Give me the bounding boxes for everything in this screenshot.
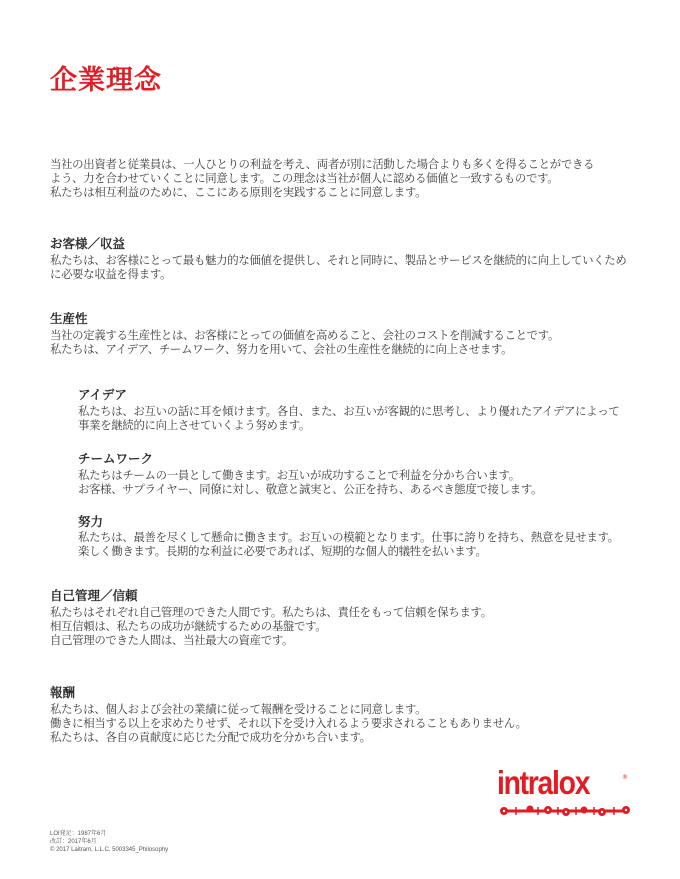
intro-line: よう、力を合わせていくことに同意します。この理念は当社が個人に認める価値と一致す… (50, 171, 594, 185)
body-line: 楽しく働きます。長期的な利益に必要であれば、短期的な個人的犠牲を払います。 (78, 544, 619, 558)
body-line: 働きに相当する以上を求めたりせず、それ以下を受け入れるよう要求されることもありま… (50, 716, 527, 730)
body-line: 私たちは、お互いの話に耳を傾けます。各自、また、お互いが客観的に思考し、より優れ… (78, 404, 620, 418)
section-heading-self-management-trust: 自己管理／信頼 (50, 586, 138, 604)
section-heading-teamwork: チームワーク (78, 449, 153, 467)
section-heading-customers-revenue: お客様／収益 (50, 234, 125, 252)
body-line: 私たちはチームの一員として働きます。お互いが成功することで利益を分かち合います。 (78, 468, 542, 482)
body-line: お客様、サプライヤー、同僚に対し、敬意と誠実と、公正を持ち、あるべき態度で接しま… (78, 482, 542, 496)
body-line: 私たちは、各自の貢献度に応じた分配で成功を分かち合います。 (50, 730, 527, 744)
intralox-logo: intralox ® (497, 770, 637, 820)
section-body-ideas: 私たちは、お互いの話に耳を傾けます。各自、また、お互いが客観的に思考し、より優れ… (78, 404, 620, 432)
intro-paragraph: 当社の出資者と従業員は、一人ひとりの利益を考え、両者が別に活動した場合よりも多く… (50, 157, 594, 200)
registered-mark: ® (622, 774, 628, 781)
body-line: 私たちは、最善を尽くして懸命に働きます。お互いの模範となります。仕事に誇りを持ち… (78, 530, 619, 544)
body-line: 自己管理のできた人間は、当社最大の資産です。 (50, 633, 492, 647)
body-line: 私たちはそれぞれ自己管理のできた人間です。私たちは、責任をもって信頼を保ちます。 (50, 605, 492, 619)
section-body-teamwork: 私たちはチームの一員として働きます。お互いが成功することで利益を分かち合います。… (78, 468, 542, 496)
section-body-customers-revenue: 私たちは、お客様にとって最も魅力的な価値を提供し、それと同時に、製品とサービスを… (50, 253, 627, 281)
logo-wordmark: intralox (497, 764, 589, 802)
intro-line: 当社の出資者と従業員は、一人ひとりの利益を考え、両者が別に活動した場合よりも多く… (50, 157, 594, 171)
body-line: 私たちは、個人および会社の業績に従って報酬を受けることに同意します。 (50, 702, 527, 716)
conveyor-chain-icon (500, 805, 632, 817)
section-heading-productivity: 生産性 (50, 309, 88, 327)
section-heading-ideas: アイデア (78, 385, 127, 403)
section-body-productivity: 当社の定義する生産性とは、お客様にとっての価値を高めること、会社のコストを削減す… (50, 328, 559, 356)
section-body-compensation: 私たちは、個人および会社の業績に従って報酬を受けることに同意します。 働きに相当… (50, 702, 527, 745)
footer-revised: 改訂：2017年6月 (50, 838, 168, 846)
body-line: 相互信頼は、私たちの成功が継続するための基盤です。 (50, 619, 492, 633)
section-body-self-management-trust: 私たちはそれぞれ自己管理のできた人間です。私たちは、責任をもって信頼を保ちます。… (50, 605, 492, 648)
page-title: 企業理念 (50, 58, 162, 97)
body-line: 私たちは、お客様にとって最も魅力的な価値を提供し、それと同時に、製品とサービスを… (50, 253, 627, 267)
body-line: 事業を継続的に向上させていくよう努めます。 (78, 418, 620, 432)
section-body-effort: 私たちは、最善を尽くして懸命に働きます。お互いの模範となります。仕事に誇りを持ち… (78, 530, 619, 558)
body-line: 私たちは、アイデア、チームワーク、努力を用いて、会社の生産性を継続的に向上させま… (50, 342, 559, 356)
body-line: に必要な収益を得ます。 (50, 267, 627, 281)
section-heading-compensation: 報酬 (50, 683, 75, 701)
intro-line: 私たちは相互利益のために、ここにある原則を実践することに同意します。 (50, 185, 594, 199)
document-footer: LOI発足：1987年6月 改訂：2017年6月 © 2017 Laitram,… (50, 830, 168, 854)
section-heading-effort: 努力 (78, 512, 103, 530)
footer-established: LOI発足：1987年6月 (50, 830, 168, 838)
body-line: 当社の定義する生産性とは、お客様にとっての価値を高めること、会社のコストを削減す… (50, 328, 559, 342)
footer-copyright: © 2017 Laitram, L.L.C. 5003345_Philosoph… (50, 846, 168, 854)
